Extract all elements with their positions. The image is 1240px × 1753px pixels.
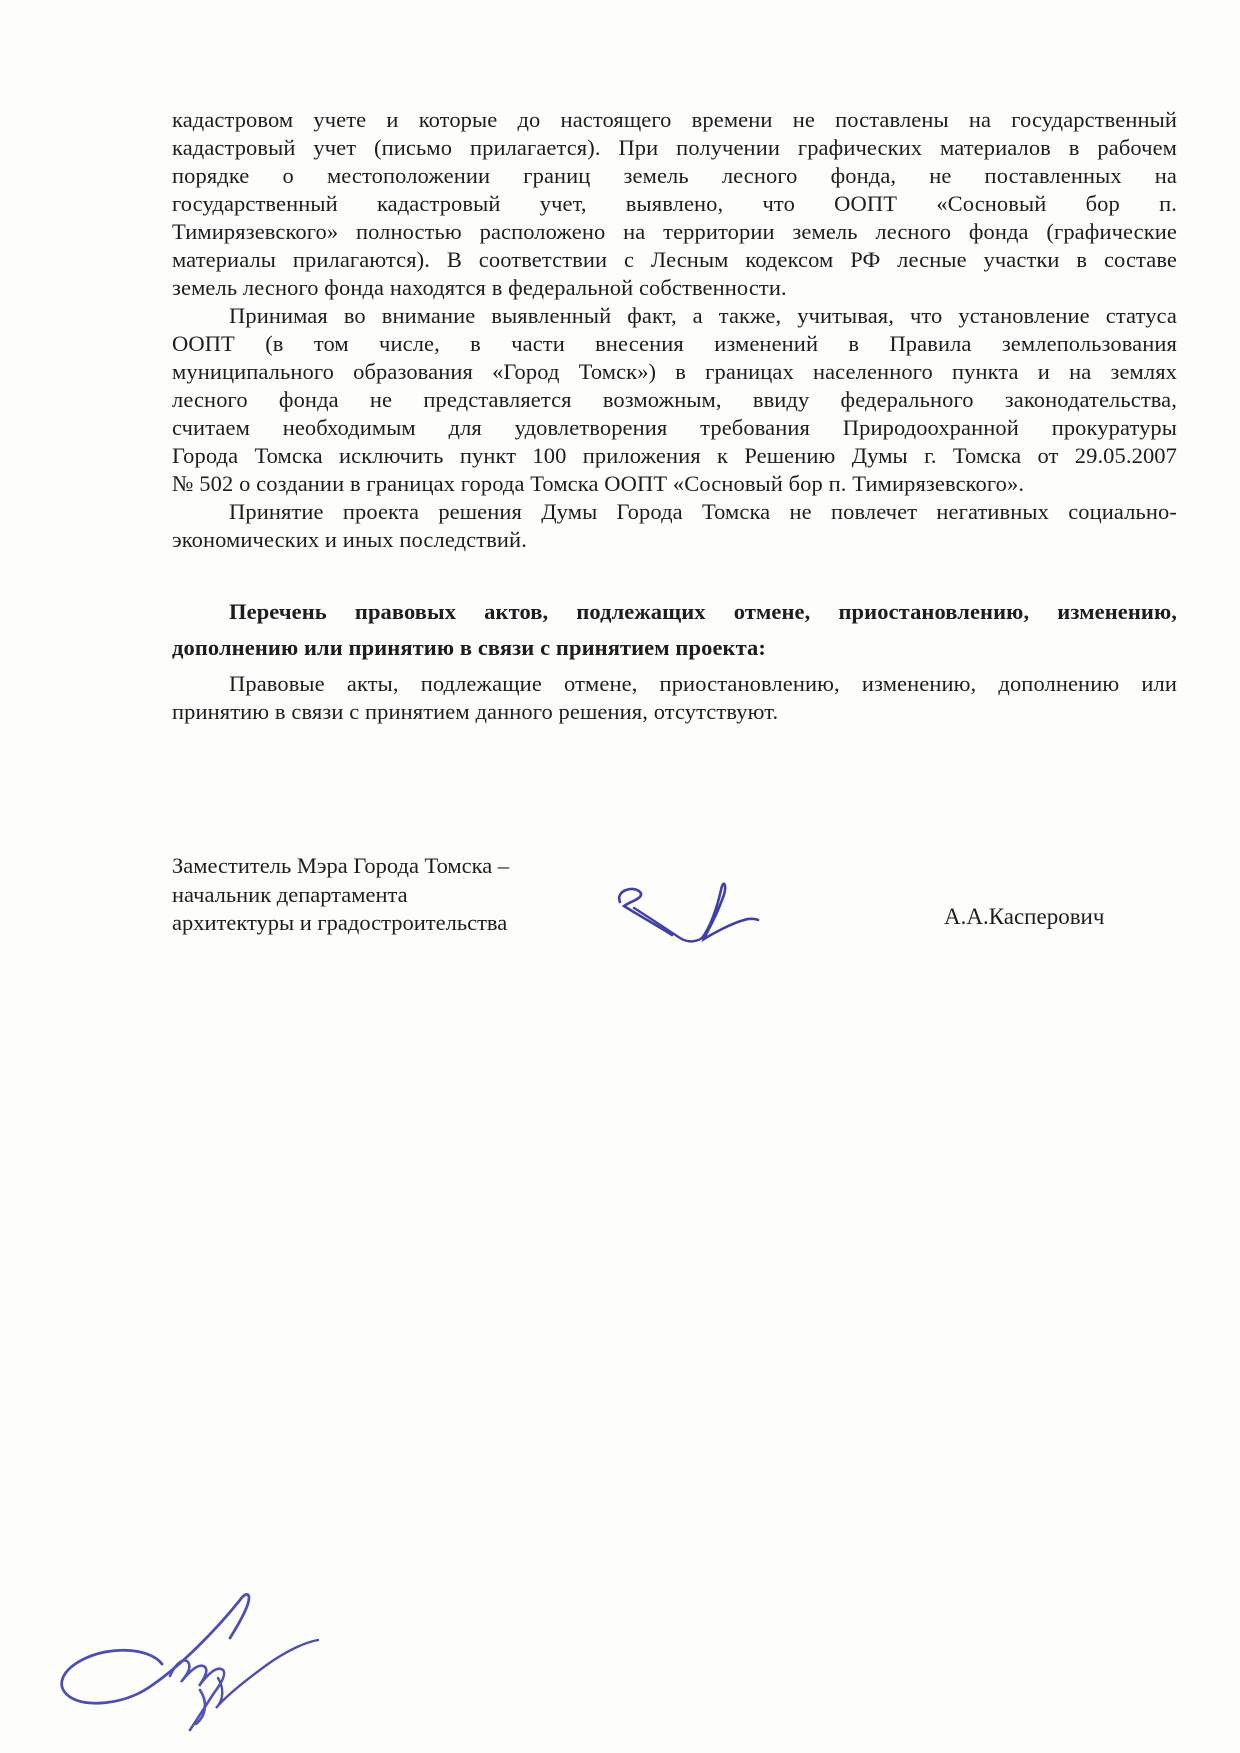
scanned-document-page: кадастровом учете и которые до настоящег… (0, 0, 1240, 1753)
paragraph-conclusion: Принимая во внимание выявленный факт, а … (172, 302, 1177, 498)
paragraph-cadastre: кадастровом учете и которые до настоящег… (172, 106, 1177, 302)
text-line: Принятие проекта решения Думы Города Том… (172, 498, 1177, 526)
text-line: материалы прилагаются). В соответствии с… (172, 246, 1177, 274)
paragraph-consequences: Принятие проекта решения Думы Города Том… (172, 498, 1177, 554)
signature-position-line: начальник департамента (172, 881, 592, 910)
text-line: кадастровый учет (письмо прилагается). П… (172, 134, 1177, 162)
signature-position-line: Заместитель Мэра Города Томска – (172, 852, 592, 881)
text-line: экономических и иных последствий. (172, 526, 1177, 554)
text-line: ООПТ (в том числе, в части внесения изме… (172, 330, 1177, 358)
text-line: государственный кадастровый учет, выявле… (172, 190, 1177, 218)
text-line: принятию в связи с принятием данного реш… (172, 698, 1177, 726)
text-line: дополнению или принятию в связи с принят… (172, 630, 1177, 666)
text-line: Тимирязевского» полностью расположено на… (172, 218, 1177, 246)
text-line: Города Томска исключить пункт 100 прилож… (172, 442, 1177, 470)
paragraph-legal-acts: Правовые акты, подлежащие отмене, приост… (172, 670, 1177, 726)
document-body: кадастровом учете и которые до настоящег… (172, 106, 1177, 726)
signature-position-line: архитектуры и градостроительства (172, 909, 592, 938)
text-line: муниципального образования «Город Томск»… (172, 358, 1177, 386)
text-line: лесного фонда не представляется возможны… (172, 386, 1177, 414)
handwritten-flourish-signature-icon (50, 1578, 350, 1753)
heading-legal-acts-list: Перечень правовых актов, подлежащих отме… (172, 594, 1177, 666)
handwritten-signature-icon (600, 868, 780, 958)
text-line: Правовые акты, подлежащие отмене, приост… (172, 670, 1177, 698)
text-line: считаем необходимым для удовлетворения т… (172, 414, 1177, 442)
signer-name: А.А.Касперович (944, 904, 1104, 930)
text-line: Принимая во внимание выявленный факт, а … (172, 302, 1177, 330)
text-line: кадастровом учете и которые до настоящег… (172, 106, 1177, 134)
signature-position-block: Заместитель Мэра Города Томска – начальн… (172, 852, 592, 938)
text-line: земель лесного фонда находятся в федерал… (172, 274, 1177, 302)
text-line: № 502 о создании в границах города Томск… (172, 470, 1177, 498)
text-line: порядке о местоположении границ земель л… (172, 162, 1177, 190)
text-line: Перечень правовых актов, подлежащих отме… (172, 594, 1177, 630)
